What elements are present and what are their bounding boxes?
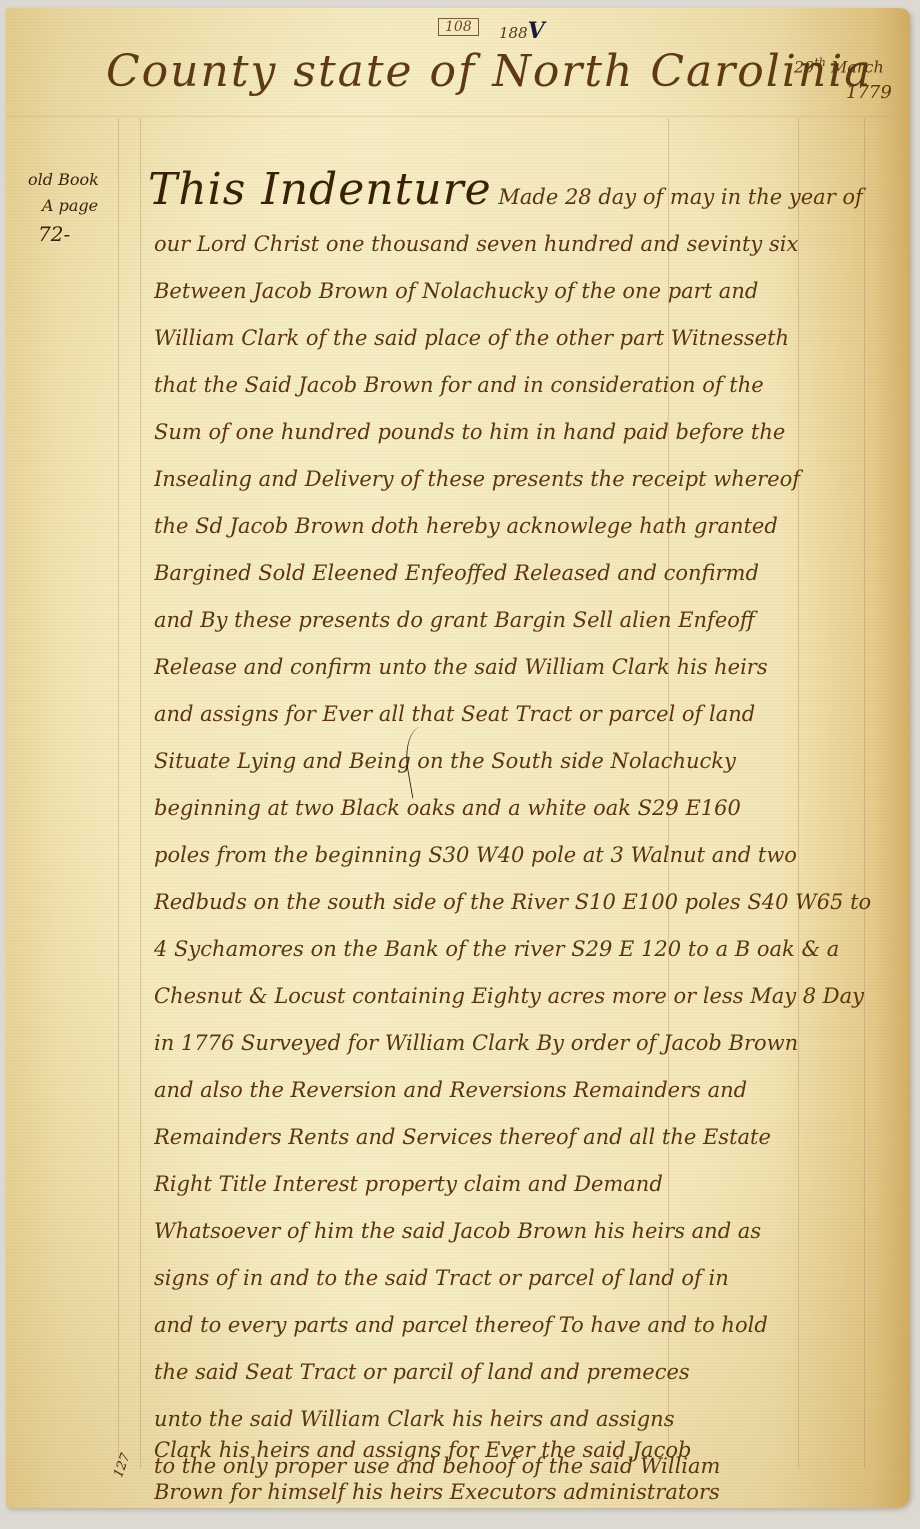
text-line: and By these presents do grant Bargin Se…	[154, 608, 914, 632]
text-line: our Lord Christ one thousand seven hundr…	[154, 232, 914, 256]
margin-note-line2: A page	[42, 196, 98, 215]
text-line: Brown for himself his heirs Executors ad…	[154, 1480, 914, 1504]
text-line: Insealing and Delivery of these presents…	[154, 467, 914, 491]
document-title: County state of North Carolinia	[106, 46, 873, 97]
text-line: and assigns for Ever all that Seat Tract…	[154, 702, 914, 726]
margin-note-line1: old Book	[28, 170, 99, 189]
folio-number: 188V	[499, 18, 545, 44]
text-line: Bargined Sold Eleened Enfeoffed Released…	[154, 561, 914, 585]
date-month: March	[831, 57, 884, 76]
folio-suffix: V	[528, 18, 545, 44]
stray-pen-stroke	[400, 723, 449, 798]
text-line: unto the said William Clark his heirs an…	[154, 1407, 914, 1431]
text-line: Whatsoever of him the said Jacob Brown h…	[154, 1219, 914, 1243]
text-line: 4 Sychamores on the Bank of the river S2…	[154, 937, 914, 961]
date-year: 1779	[846, 82, 892, 103]
margin-rule	[118, 118, 119, 1468]
header-date-day-month: 29th March	[794, 56, 884, 76]
text-line: Right Title Interest property claim and …	[154, 1172, 914, 1196]
text-line: William Clark of the said place of the o…	[154, 326, 914, 350]
text-line-1: This Indenture Made 28 day of may in the…	[148, 164, 908, 215]
text-line: Release and confirm unto the said Willia…	[154, 655, 914, 679]
text-line: Sum of one hundred pounds to him in hand…	[154, 420, 914, 444]
text-line: beginning at two Black oaks and a white …	[154, 796, 914, 820]
text-line-1-rest: Made 28 day of may in the year of	[498, 185, 862, 209]
text-line: Redbuds on the south side of the River S…	[154, 890, 914, 914]
text-line: Remainders Rents and Services thereof an…	[154, 1125, 914, 1149]
text-line: the Sd Jacob Brown doth hereby acknowleg…	[154, 514, 914, 538]
text-line: Between Jacob Brown of Nolachucky of the…	[154, 279, 914, 303]
opening-words: This Indenture	[148, 164, 492, 215]
page-stamp: 108	[438, 18, 479, 36]
ruling-line	[140, 118, 141, 1468]
text-line: Chesnut & Locust containing Eighty acres…	[154, 984, 914, 1008]
date-suffix: th	[814, 56, 826, 69]
text-line: and also the Reversion and Reversions Re…	[154, 1078, 914, 1102]
date-day: 29	[794, 57, 814, 76]
text-line: Clark his heirs and assigns for Ever the…	[154, 1438, 914, 1462]
text-line: and to every parts and parcel thereof To…	[154, 1313, 914, 1337]
header-rule	[6, 116, 890, 117]
folio-number-value: 188	[499, 24, 528, 42]
text-line: signs of in and to the said Tract or par…	[154, 1266, 914, 1290]
text-line: that the Said Jacob Brown for and in con…	[154, 373, 914, 397]
margin-note-line3: 72-	[38, 222, 70, 246]
manuscript-page: 108 188V County state of North Carolinia…	[6, 8, 910, 1508]
text-line: the said Seat Tract or parcil of land an…	[154, 1360, 914, 1384]
text-line: in 1776 Surveyed for William Clark By or…	[154, 1031, 914, 1055]
text-line: poles from the beginning S30 W40 pole at…	[154, 843, 914, 867]
text-line: Situate Lying and Being on the South sid…	[154, 749, 914, 773]
